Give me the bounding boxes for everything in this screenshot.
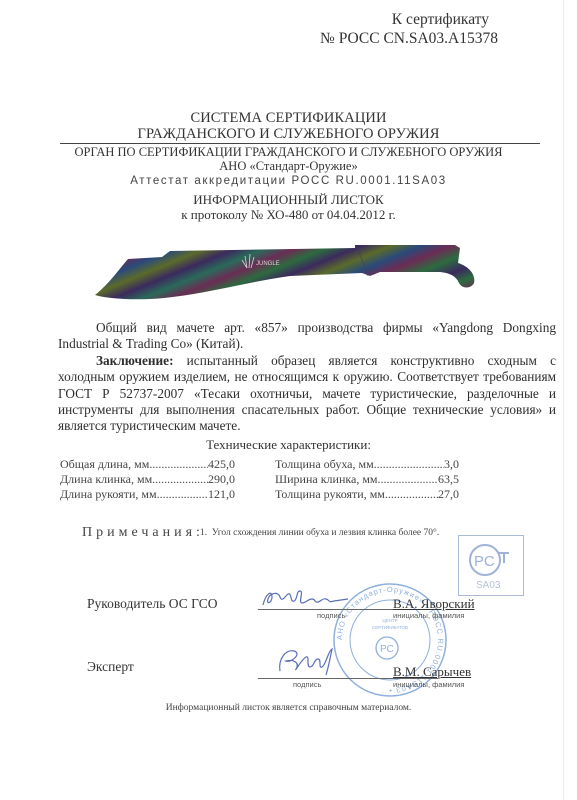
machete-image: JUNGLE [90,238,490,308]
signature-caption: подпись [293,680,321,689]
signatory-role-head: Руководитель ОС ГСО [87,596,217,612]
spec-row: Длина рукояти, мм.......................… [60,487,235,502]
machete-blade [95,245,474,299]
svg-text:РС: РС [474,553,495,570]
signatory-name-expert: В.М. Сарычев [393,664,471,680]
notes-title: Примечания: [82,525,204,541]
name-caption: инициалы, фамилия [393,680,464,689]
specs-right-column: Толщина обуха, мм.......................… [275,457,459,502]
signatory-name-head: В.А. Яворский [393,596,475,612]
jungle-logo-text: JUNGLE [256,261,280,267]
spec-row: Толщина обуха, мм.......................… [275,457,459,472]
svg-text:SA03: SA03 [476,580,501,591]
conclusion: Заключение: испытанный образец является … [58,353,556,434]
protocol-reference: к протоколу № ХО-480 от 04.04.2012 г. [0,207,577,223]
specs-left-column: Общая длина, мм.........................… [60,457,235,502]
signatory-role-expert: Эксперт [87,659,134,675]
rst-mark-icon: РС SA03 [459,536,522,594]
header-divider [60,143,540,144]
spec-row: Толщина рукояти, мм.....................… [275,487,459,502]
conclusion-label: Заключение: [96,353,174,368]
svg-text:СЕРТИФИКАТОВ: СЕРТИФИКАТОВ [372,625,408,630]
spec-row: Общая длина, мм.........................… [60,457,235,472]
certificate-number: № РОСС CN.SA03.A15378 [320,29,498,48]
product-description: Общий вид мачете арт. «857» производства… [58,320,556,353]
signature-caption: подпись [317,611,345,620]
specs-title: Технические характеристики: [0,437,577,453]
name-caption: инициалы, фамилия [393,611,464,620]
footer-note: Информационный листок является справочны… [0,703,577,713]
svg-text:РС: РС [380,644,394,655]
system-title-line1: СИСТЕМА СЕРТИФИКАЦИИ [0,110,577,127]
note-item: 1. Угол схождения линии обуха и лезвия к… [200,528,439,538]
organization-name: АНО «Стандарт-Оружие» [0,159,577,174]
certification-body: ОРГАН ПО СЕРТИФИКАЦИИ ГРАЖДАНСКОГО И СЛУ… [0,145,577,160]
certificate-reference-label: К сертификату [392,10,489,29]
spec-row: Длина клинка, мм........................… [60,472,235,487]
document-heading: ИНФОРМАЦИОННЫЙ ЛИСТОК [0,192,577,208]
certification-mark-stamp: РС SA03 [458,535,524,596]
spec-row: Ширина клинка, мм.......................… [275,472,459,487]
signature-expert [272,645,342,677]
system-title-line2: ГРАЖДАНСКОГО И СЛУЖЕБНОГО ОРУЖИЯ [0,126,577,143]
accreditation-certificate: Аттестат аккредитации РОСС RU.0001.11SA0… [0,174,577,188]
